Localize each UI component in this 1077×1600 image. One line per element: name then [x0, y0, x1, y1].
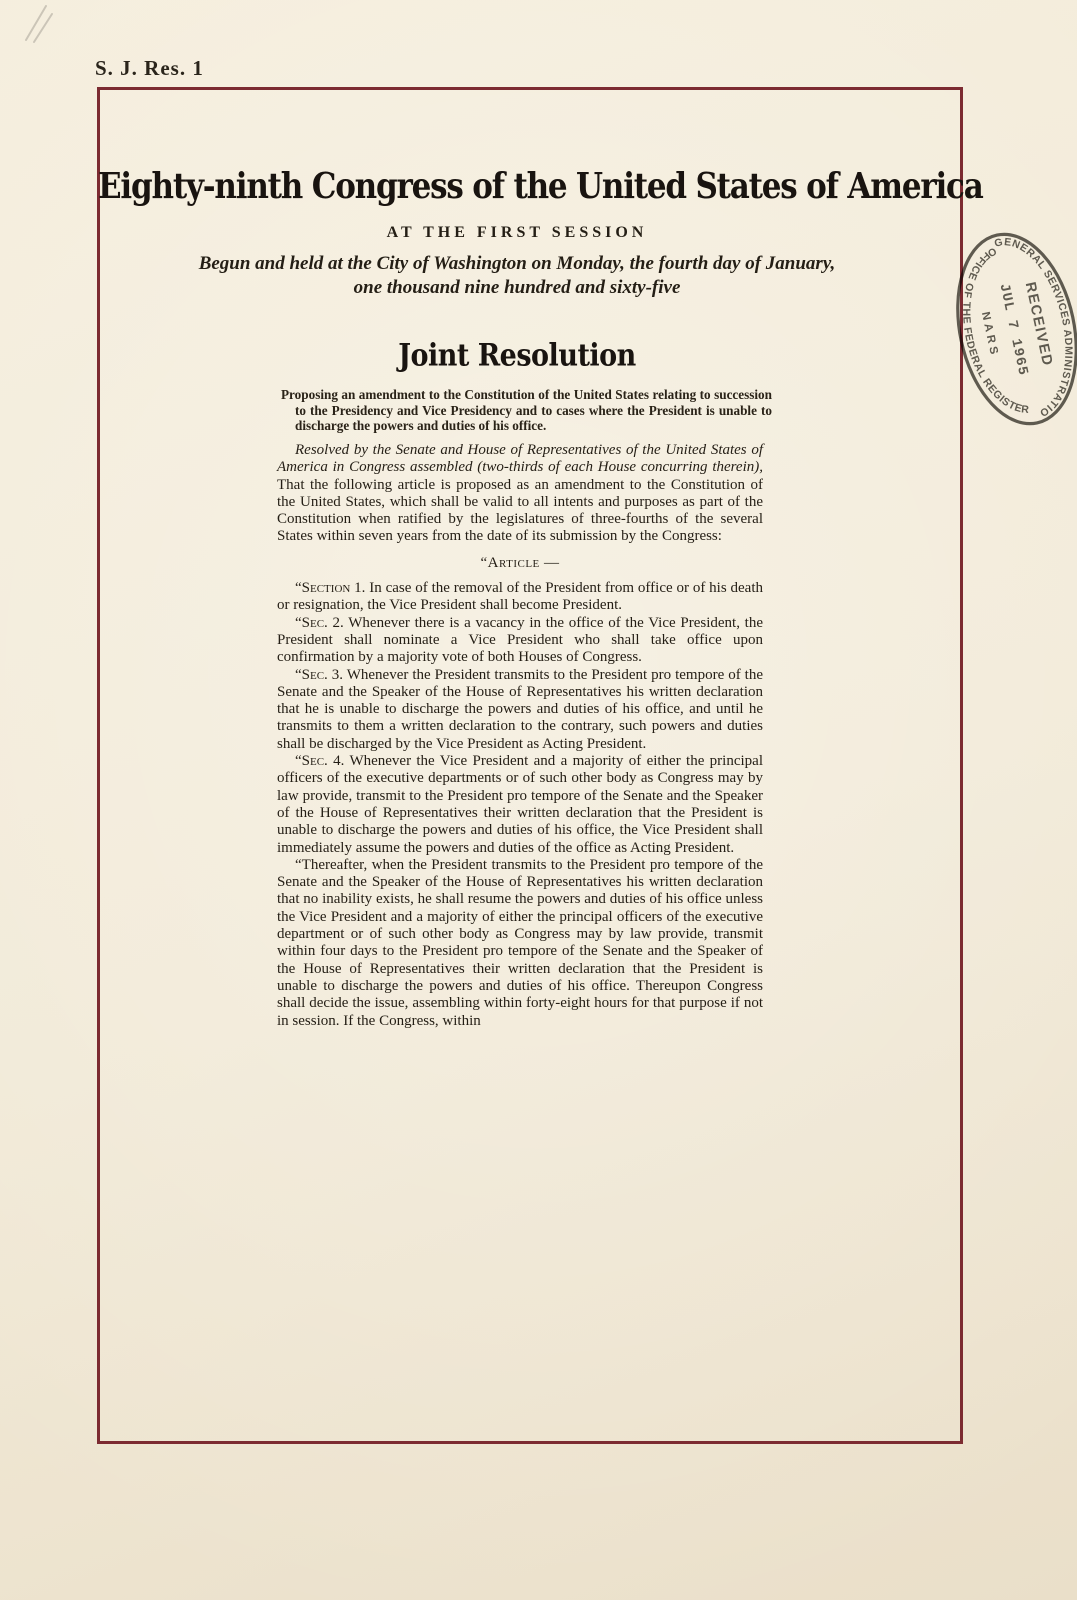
- document-page: S. J. Res. 1 Eighty-ninth Congress of th…: [0, 0, 1077, 1600]
- congress-title: Eighty-ninth Congress of the United Stat…: [98, 166, 936, 207]
- section-4-continuation: “Thereafter, when the President transmit…: [277, 857, 763, 1030]
- section-4-text: Whenever the Vice President and a majori…: [277, 753, 763, 855]
- preamble-text: Proposing an amendment to the Constituti…: [281, 387, 772, 434]
- convening-line-2: one thousand nine hundred and sixty-five: [98, 276, 936, 300]
- stamp-agency-text: NARS: [979, 311, 1000, 359]
- section-paragraph-3: “Sec. 3. Whenever the President transmit…: [277, 667, 763, 753]
- pencil-mark: [12, 0, 72, 50]
- section-paragraph-1: “Section 1. In case of the removal of th…: [277, 580, 763, 615]
- convening-text: Begun and held at the City of Washington…: [98, 252, 936, 300]
- section-3-text: Whenever the President transmits to the …: [277, 667, 763, 752]
- resolution-number: S. J. Res. 1: [95, 56, 204, 81]
- resolved-clause-italic: Resolved by the Senate and House of Repr…: [277, 442, 763, 475]
- resolution-body: Resolved by the Senate and House of Repr…: [277, 442, 763, 1030]
- resolved-clause-roman: That the following article is proposed a…: [277, 477, 763, 545]
- section-3-label: “Sec. 3.: [295, 667, 343, 683]
- section-paragraph-4: “Sec. 4. Whenever the Vice President and…: [277, 753, 763, 857]
- section-1-label: “Section 1.: [295, 580, 365, 596]
- resolution-title: Joint Resolution: [98, 338, 936, 374]
- section-paragraph-2: “Sec. 2. Whenever there is a vacancy in …: [277, 615, 763, 667]
- section-2-text: Whenever there is a vacancy in the offic…: [277, 615, 763, 666]
- article-heading: “Article —: [277, 555, 763, 572]
- convening-line-1: Begun and held at the City of Washington…: [98, 252, 936, 276]
- section-2-label: “Sec. 2.: [295, 615, 344, 631]
- section-4-label: “Sec. 4.: [295, 753, 344, 769]
- session-heading: AT THE FIRST SESSION: [98, 224, 936, 242]
- resolved-paragraph: Resolved by the Senate and House of Repr…: [277, 442, 763, 546]
- thereafter-text: “Thereafter, when the President transmit…: [277, 857, 763, 1029]
